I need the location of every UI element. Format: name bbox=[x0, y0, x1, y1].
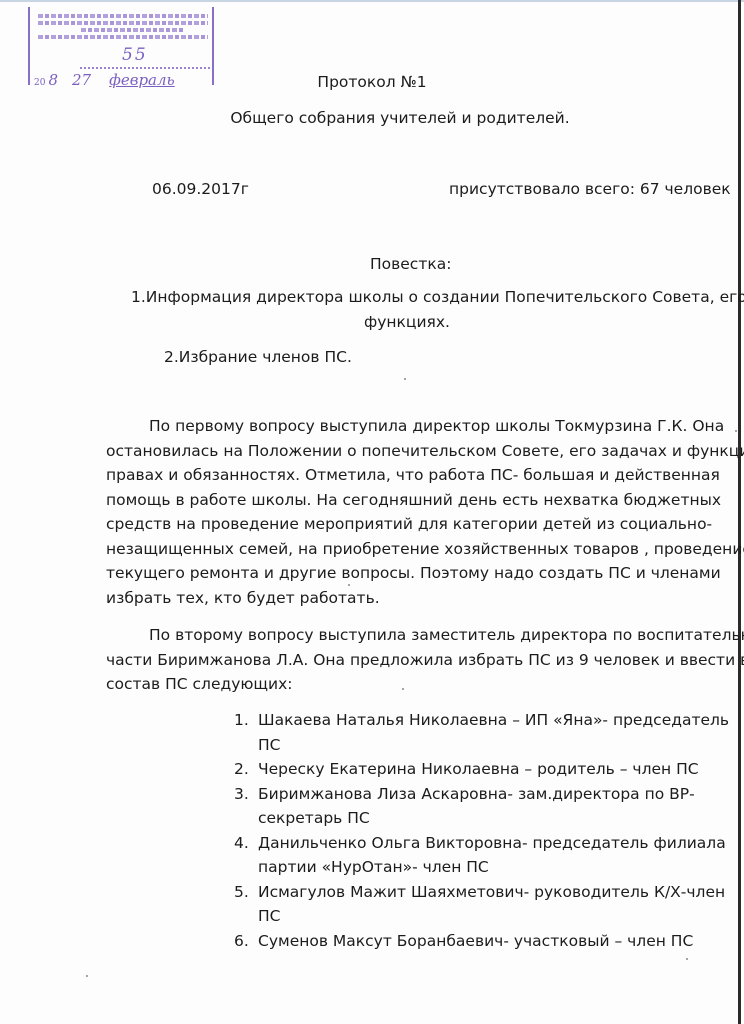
paragraph-line: незащищенных семей, на приобретение хозя… bbox=[106, 540, 706, 565]
list-item-number: 3. bbox=[234, 782, 249, 807]
list-item: 4. Данильченко Ольга Викторовна- председ… bbox=[234, 831, 729, 880]
agenda-item-1-line-2: функциях. bbox=[364, 315, 450, 331]
list-item-text: партии «НурОтан»- член ПС bbox=[258, 855, 729, 880]
list-item-number: 6. bbox=[234, 929, 249, 954]
list-item: 5. Исмагулов Мажит Шаяхметович- руководи… bbox=[234, 880, 729, 929]
paragraph-line: текущего ремонта и другие вопросы. Поэто… bbox=[106, 564, 706, 589]
list-item-text: Исмагулов Мажит Шаяхметович- руководител… bbox=[258, 880, 729, 905]
document-page: 55 20827февраль Протокол №1 Общего собра… bbox=[0, 0, 741, 1024]
list-item: 1. Шакаева Наталья Николаевна – ИП «Яна»… bbox=[234, 708, 729, 757]
paragraph-first-question: По первому вопросу выступила директор шк… bbox=[106, 417, 706, 613]
document-title: Протокол №1 bbox=[0, 75, 744, 91]
paragraph-line: состав ПС следующих: bbox=[106, 675, 706, 700]
paragraph-line: По второму вопросу выступила заместитель… bbox=[106, 626, 706, 651]
stamp-header-text bbox=[38, 11, 208, 42]
list-item-text: Биримжанова Лиза Аскаровна- зам.директор… bbox=[258, 782, 729, 807]
scan-top-edge bbox=[0, 0, 744, 2]
list-item: 3. Биримжанова Лиза Аскаровна- зам.дирек… bbox=[234, 782, 729, 831]
paragraph-line: помощь в работе школы. На сегодняшний де… bbox=[106, 491, 706, 516]
registration-stamp: 55 20827февраль bbox=[28, 7, 214, 85]
paragraph-line: части Биримжанова Л.А. Она предложила из… bbox=[106, 651, 706, 676]
list-item-number: 1. bbox=[234, 708, 249, 733]
council-members-list: 1. Шакаева Наталья Николаевна – ИП «Яна»… bbox=[234, 708, 729, 953]
paragraph-line: избрать тех, кто будет работать. bbox=[106, 589, 706, 614]
list-item-text: Череску Екатерина Николаевна – родитель … bbox=[258, 757, 729, 782]
list-item-text: ПС bbox=[258, 733, 729, 758]
list-item-number: 5. bbox=[234, 880, 249, 905]
list-item-text: ПС bbox=[258, 904, 729, 929]
stamp-number: 55 bbox=[122, 45, 148, 65]
paragraph-line: правах и обязанностях. Отметила, что раб… bbox=[106, 466, 706, 491]
list-item-text: Суменов Максут Боранбаевич- участковый –… bbox=[258, 929, 729, 954]
meeting-date: 06.09.2017г bbox=[152, 182, 249, 198]
list-item-text: секретарь ПС bbox=[258, 806, 729, 831]
paragraph-line: средств на проведение мероприятий для ка… bbox=[106, 515, 706, 540]
paragraph-line: остановилась на Положении о попечительск… bbox=[106, 442, 706, 467]
stamp-rule bbox=[80, 67, 210, 70]
attendance-count: присутствовало всего: 67 человек bbox=[449, 182, 731, 198]
paragraph-line: По первому вопросу выступила директор шк… bbox=[106, 417, 706, 442]
list-item-number: 2. bbox=[234, 757, 249, 782]
scan-right-edge bbox=[738, 0, 741, 1024]
document-subtitle: Общего собрания учителей и родителей. bbox=[28, 111, 744, 127]
list-item-text: Данильченко Ольга Викторовна- председате… bbox=[258, 831, 729, 856]
list-item: 2. Череску Екатерина Николаевна – родите… bbox=[234, 757, 729, 782]
list-item: 6. Суменов Максут Боранбаевич- участковы… bbox=[234, 929, 729, 954]
list-item-number: 4. bbox=[234, 831, 249, 856]
list-item-text: Шакаева Наталья Николаевна – ИП «Яна»- п… bbox=[258, 708, 729, 733]
agenda-item-2: 2.Избрание членов ПС. bbox=[164, 350, 352, 366]
agenda-item-1-line-1: 1.Информация директора школы о создании … bbox=[131, 290, 744, 306]
agenda-heading: Повестка: bbox=[370, 257, 451, 273]
paragraph-second-question: По второму вопросу выступила заместитель… bbox=[106, 626, 706, 700]
